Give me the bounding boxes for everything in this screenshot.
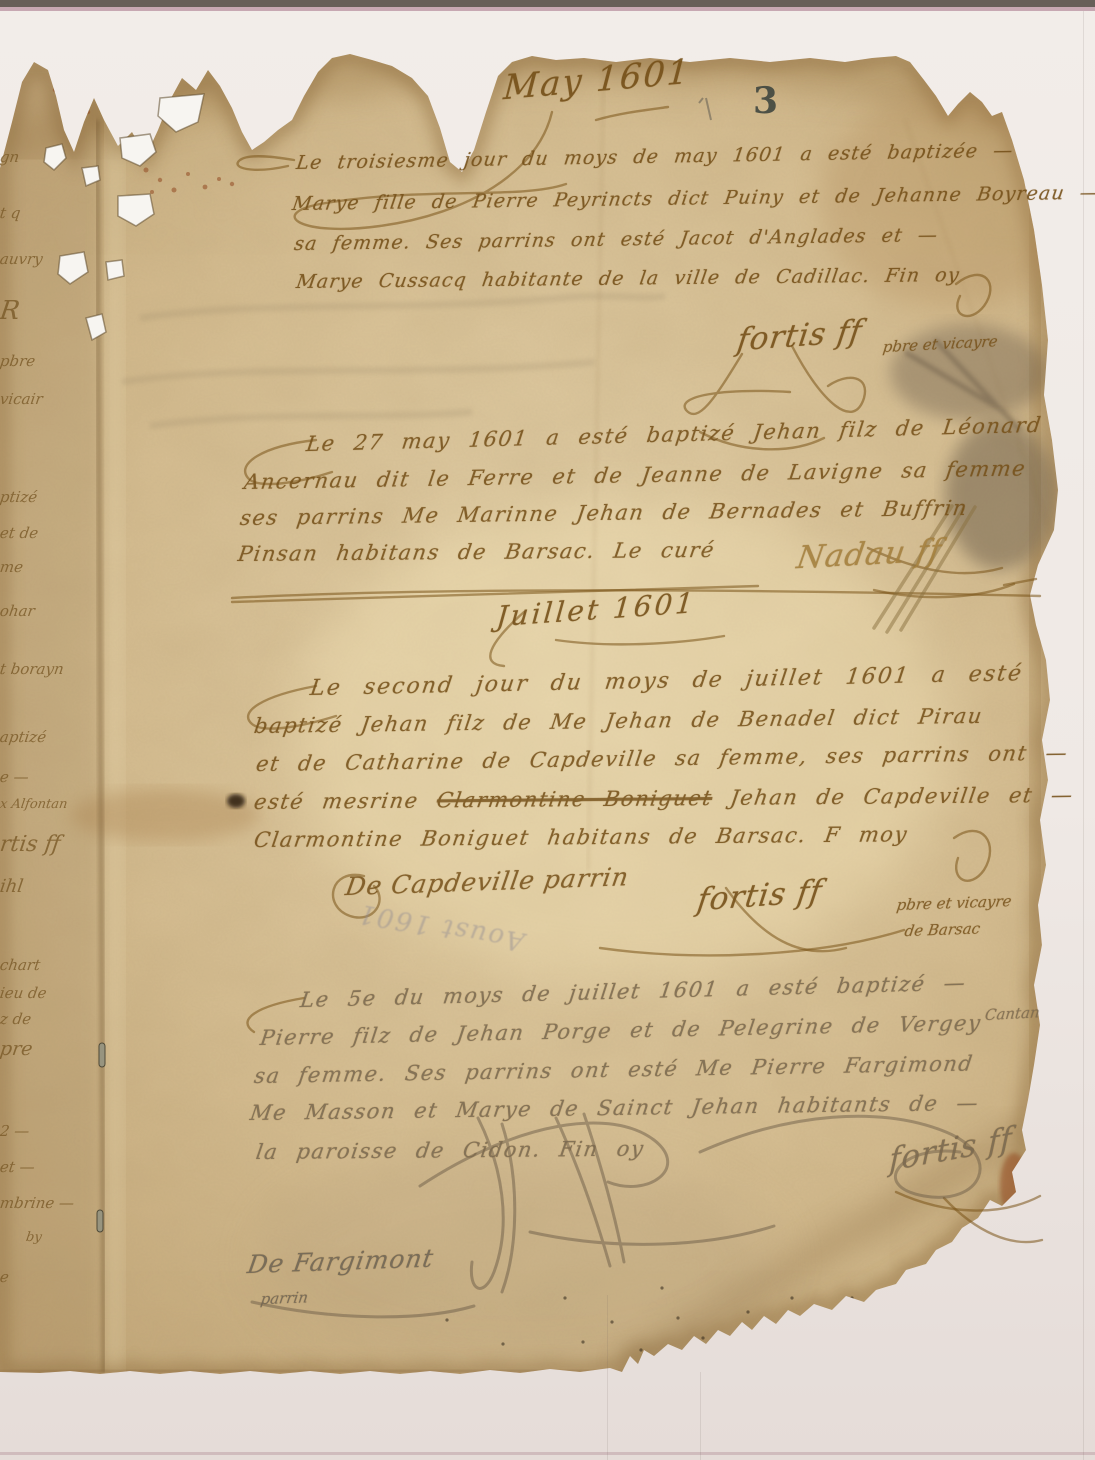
interlinear-word: Cantan bbox=[984, 1003, 1041, 1024]
register-line: ses parrins Me Marinne Jehan de Bernades… bbox=[239, 496, 970, 530]
margin-text-fragment: ptizé bbox=[0, 488, 38, 506]
margin-text-fragment: pbre bbox=[0, 352, 37, 370]
margin-text-fragment: R bbox=[0, 296, 22, 326]
line-text: Jehan de Capdeville et — bbox=[729, 783, 1076, 810]
signature-fargimont: De Fargimont bbox=[245, 1244, 436, 1280]
register-line: Ancernau dit le Ferre et de Jeanne de La… bbox=[243, 456, 1028, 494]
margin-text-fragment: vicair bbox=[0, 390, 44, 408]
register-line: Pinsan habitans de Barsac. Le curé bbox=[236, 538, 716, 566]
margin-text-fragment: aptizé bbox=[0, 728, 47, 746]
signature-title: pbre et vicayre bbox=[895, 892, 1012, 914]
ink-showthrough-text: Aoust 1601 bbox=[355, 898, 527, 957]
archival-photo-register-page: May 1601 3 Le troisiesme jour du moys de… bbox=[0, 0, 1095, 1460]
register-line: Me Masson et Marye de Sainct Jehan habit… bbox=[249, 1091, 981, 1125]
register-line: Marye fille de Pierre Peyrincts dict Pui… bbox=[291, 182, 1095, 215]
line-text: esté mesrine bbox=[252, 789, 420, 814]
signature-fortis: fortis ff bbox=[735, 313, 865, 358]
signature-fortis: fortis ff bbox=[889, 1120, 1013, 1178]
register-line: Clarmontine Boniguet habitans de Barsac.… bbox=[252, 822, 909, 852]
month-heading-juillet: Juillet 1601 bbox=[495, 586, 698, 633]
register-line: Pierre filz de Jehan Porge et de Pelegri… bbox=[259, 1011, 983, 1050]
margin-text-fragment: auvry bbox=[0, 250, 44, 268]
register-line: Le troisiesme jour du moys de may 1601 a… bbox=[295, 139, 1015, 174]
struck-out-names: Clarmontine Boniguet bbox=[435, 786, 714, 812]
margin-text-fragment: 2 — bbox=[0, 1122, 31, 1140]
margin-text-fragment: e — bbox=[0, 768, 30, 786]
register-line: la paroisse de Cidon. Fin oy bbox=[254, 1137, 646, 1164]
signature-fortis: fortis ff bbox=[695, 873, 825, 918]
margin-text-fragment: z de bbox=[0, 1010, 32, 1028]
margin-text-fragment: rtis ff bbox=[0, 832, 62, 857]
margin-text-fragment: pre bbox=[0, 1038, 34, 1060]
margin-text-fragment: t borayn bbox=[0, 660, 65, 678]
margin-text-fragment: e bbox=[0, 1268, 10, 1286]
margin-text-fragment: gn bbox=[0, 148, 21, 166]
margin-text-fragment: me bbox=[0, 558, 24, 576]
register-line: sa femme. Ses parrins ont esté Me Pierre… bbox=[253, 1051, 976, 1088]
register-line-with-strikethrough: esté mesrine Clarmontine Boniguet Jehan … bbox=[252, 783, 1075, 814]
margin-text-fragment: by bbox=[25, 1230, 43, 1245]
margin-text-fragment: ieu de bbox=[0, 984, 48, 1002]
signature-title: pbre et vicayre bbox=[882, 332, 999, 356]
month-heading-may: May 1601 bbox=[502, 52, 692, 109]
register-line: Le 5e du moys de juillet 1601 a esté bap… bbox=[299, 971, 968, 1013]
register-line: baptizé Jehan filz de Me Jehan de Benade… bbox=[253, 704, 985, 738]
folio-number-stamp: 3 bbox=[753, 80, 778, 122]
margin-text-fragment: mbrine — bbox=[0, 1194, 75, 1212]
register-line: et de Catharine de Capdeville sa femme, … bbox=[255, 741, 1070, 776]
register-line: Le 27 may 1601 a esté baptizé Jehan filz… bbox=[305, 413, 1044, 456]
margin-text-fragment: x Alfontan bbox=[0, 797, 68, 812]
margin-text-fragment: t q bbox=[0, 204, 22, 222]
margin-text-fragment: ihl bbox=[0, 876, 25, 897]
signature-role: parrin bbox=[259, 1288, 309, 1308]
margin-text-fragment: chart bbox=[0, 956, 41, 974]
margin-text-fragment: ohar bbox=[0, 602, 36, 620]
register-line: sa femme. Ses parrins ont esté Jacot d'A… bbox=[293, 224, 940, 255]
signature-place: de Barsac bbox=[903, 919, 981, 940]
margin-text-fragment: et — bbox=[0, 1158, 36, 1176]
signature-capdeville: De Capdeville parrin bbox=[343, 862, 631, 901]
handwriting-layer: May 1601 3 Le troisiesme jour du moys de… bbox=[0, 0, 1095, 1460]
register-line: Marye Cussacq habitante de la ville de C… bbox=[295, 264, 962, 293]
signature-nadau: Nadau ff bbox=[794, 532, 944, 576]
register-line: Le second jour du moys de juillet 1601 a… bbox=[309, 661, 1025, 701]
margin-text-fragment: et de bbox=[0, 524, 39, 542]
